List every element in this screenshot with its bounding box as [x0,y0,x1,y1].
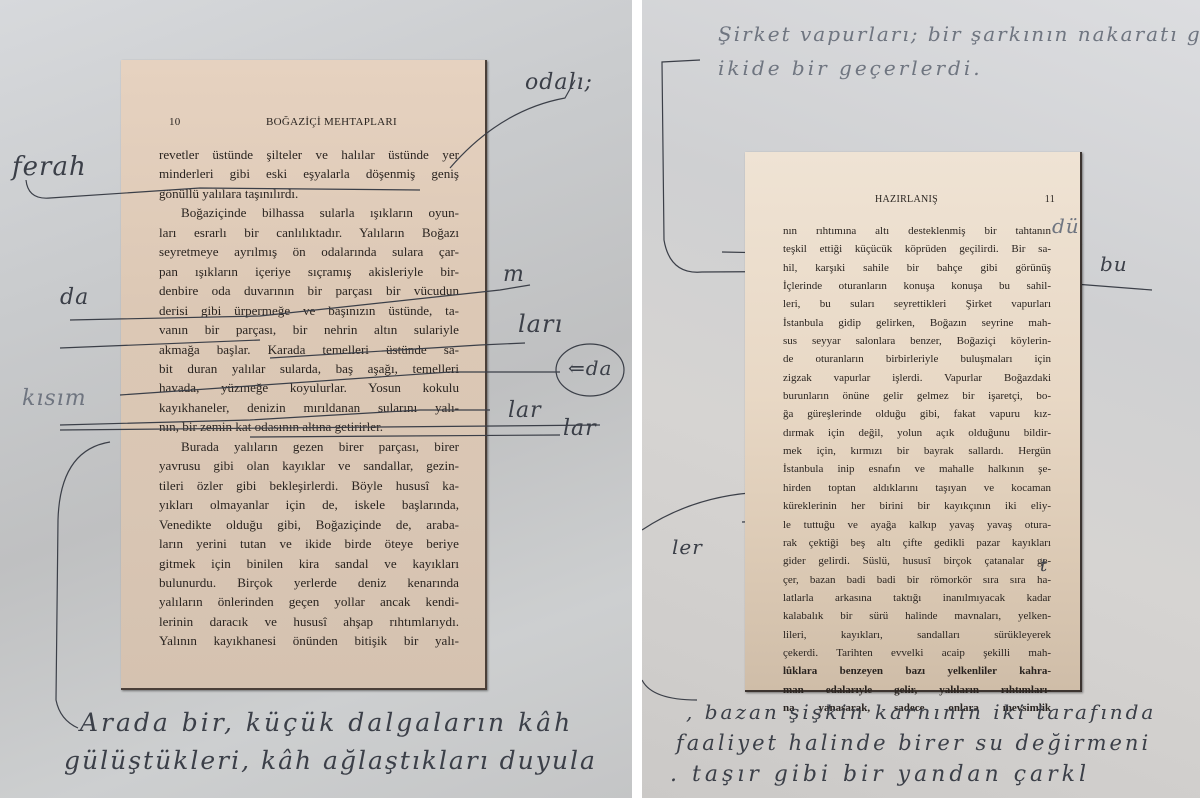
right-book-clipping: HAZIRLANIŞ 11 nın rıhtımına altı destekl… [745,152,1082,692]
left-manuscript-sheet: 10 BOĞAZİÇİ MEHTAPLARI revetler üstünde … [0,0,632,798]
text-line: hirden toptan aldıklarını taşıyan ve koc… [783,479,1051,497]
note-bottom-line-2: gülüştükleri, kâh ağlaştıkları duyula [64,746,597,775]
text-line: tileri özler gibi bekleşirlerdi. Böyle h… [159,476,459,495]
text-line: İstanbula inip esnafın ve mahalle halkın… [783,460,1051,478]
text-line: gitmek için binilen kira sandal ve kayık… [159,554,459,573]
note-top-line-2: ikide bir geçerlerdi. [718,56,983,80]
text-line: gönüllü yalılara taşınılırdı. [159,184,459,203]
note-m: m [503,262,525,287]
text-line: İstanbula gidip gelirken, Boğazın seyrin… [783,314,1051,332]
text-line: lileri, kayıkları, sandalları sürükleyer… [783,626,1051,644]
note-da: da [60,285,89,310]
right-page-body: nın rıhtımına altı desteklenmiş bir taht… [783,222,1051,717]
text-line: ların yerini tutan ve ikide birde öteye … [159,534,459,553]
text-line: de oturanların birbirleriyle buluşmaları… [783,350,1051,368]
text-line: revetler üstünde şilteler ve halılar üst… [159,145,459,164]
note-kisim: kısım [22,386,87,411]
page-number: 11 [1045,194,1055,205]
text-line: Burada yalıların gezen birer parçası, bi… [159,437,459,456]
text-line: seyretmeye ayrılmış ön odalarında sulara… [159,242,459,261]
text-line: bulunurdu. Birçok yerlerde deniz kenarın… [159,573,459,592]
note-du: dü [1052,214,1080,238]
text-line: küreklerinin her birini bir kayıkçının i… [783,497,1051,515]
text-line: gider gelirdi. Süslü, hususî birçok çata… [783,552,1051,570]
text-line: Venedikte olduğu gibi, Boğaziçinde de, a… [159,515,459,534]
text-line: ları esrarlı bir canlılıktadır. Yalıları… [159,223,459,242]
text-line: leri, bu suları seyrettikleri Şirket vap… [783,295,1051,313]
text-line: mek için, kırmızı bir bayrak sallardı. H… [783,442,1051,460]
note-lar-1: lar [508,398,542,423]
left-page-header: 10 BOĞAZİÇİ MEHTAPLARI [169,116,461,128]
text-line: teşkil ettiği küçücük köprüden geçilirdi… [783,240,1051,258]
text-line: man edalarıyle gelir, yalıların rıhtımla… [783,681,1051,699]
text-line: ğa güreşlerinde olduğu gibi, fakat vapur… [783,405,1051,423]
left-book-clipping: 10 BOĞAZİÇİ MEHTAPLARI revetler üstünde … [121,60,487,690]
image-divider [632,0,642,798]
text-line: yavrusu gibi olan kayıklar ve sandallar,… [159,456,459,475]
text-line: sus seyyar salonlara benzer, Boğaziçi kö… [783,332,1051,350]
text-line: le tuttuğu ve ayağa kalkıp yavaş yavaş o… [783,516,1051,534]
note-bottom-line-1: Arada bir, küçük dalgaların kâh [80,708,573,737]
text-line: lerinin daracık ve hususî ahşap rıhtımla… [159,612,459,631]
text-line: denbire oda duvarının bir parçası bir vü… [159,281,459,300]
right-manuscript-sheet: HAZIRLANIŞ 11 nın rıhtımına altı destekl… [642,0,1200,798]
text-line: lûklara benzeyen bazı yelkenliler kahra- [783,662,1051,680]
text-line: bit duran yalılar sularda, baş aşağı, te… [159,359,459,378]
text-line: rak çektiği beş altı çifte gedikli pazar… [783,534,1051,552]
note-odali: odalı; [525,70,593,95]
note-ler: ler [672,535,703,559]
left-page-body: revetler üstünde şilteler ve halılar üst… [159,145,459,651]
note-da-circled: ⇐da [568,356,612,380]
text-line: akmağa başlar. Karada temelleri üstünde … [159,340,459,359]
text-line: Boğaziçinde bilhassa sularla ışıkların o… [159,203,459,222]
text-line: derisi gibi ürpermeğe ve başınızın üstün… [159,301,459,320]
note-t-circled: t [1040,555,1048,576]
text-line: vanın bir parçası, bir nehrin altın sula… [159,320,459,339]
text-line: çekerdi. Tarihten evvelki acaip şekilli … [783,644,1051,662]
text-line: zigzak vapurlar işlerdi. Vapurlar Boğazd… [783,369,1051,387]
text-line: çer, bazan badi badi bir römorkör sıra s… [783,571,1051,589]
running-title: HAZIRLANIŞ [875,194,938,205]
text-line: hil, karşıki sahile bir bahçe gibi görün… [783,259,1051,277]
page-number: 10 [169,116,181,128]
text-line: kayıkhaneler, denizin mırıldanan suların… [159,398,459,417]
running-title: BOĞAZİÇİ MEHTAPLARI [266,116,397,128]
note-bottom-line-1: , bazan şişkin karnının iki tarafında [686,700,1156,724]
text-line: kalabalık bir sürü halinde mavnaları, ye… [783,607,1051,625]
note-bottom-line-2: faaliyet halinde birer su değirmeni [676,731,1151,755]
text-line: dırmak için değil, yolun açık olduğunu b… [783,424,1051,442]
note-top-line-1: Şirket vapurları; bir şarkının nakaratı … [718,22,1200,46]
text-line: Yalının kayıkhanesi önünden bitişik bir … [159,631,459,650]
right-page-header: HAZIRLANIŞ 11 [783,194,1055,205]
note-bottom-line-3: . taşır gibi bir yandan çarkl [670,762,1090,787]
note-lar-2: lar [563,416,597,441]
text-line: pan ışıkların içeriye sıçramış akisleriy… [159,262,459,281]
text-line: burunların önüne gelir gelmez bir işaret… [783,387,1051,405]
text-line: nın rıhtımına altı desteklenmiş bir taht… [783,222,1051,240]
text-line: yıkları olmayanlar için de, iskele başla… [159,495,459,514]
note-ferah: ferah [12,152,87,182]
text-line: minderleri gibi eski eşyalarla döşenmiş … [159,164,459,183]
text-line: İçlerinde oturanların konuşa konuşa bu s… [783,277,1051,295]
text-line: latlarla arkasına taktığı inanılmıyacak … [783,589,1051,607]
text-line: havada, yüzmeğe koyulurlar. Yosun kokulu [159,378,459,397]
text-line: nın, bir zemin kat odasının altına getir… [159,417,459,436]
note-lari: ları [518,310,563,338]
note-bu: bu [1100,252,1128,276]
text-line: yalıların önlerinden geçen yollar ancak … [159,592,459,611]
